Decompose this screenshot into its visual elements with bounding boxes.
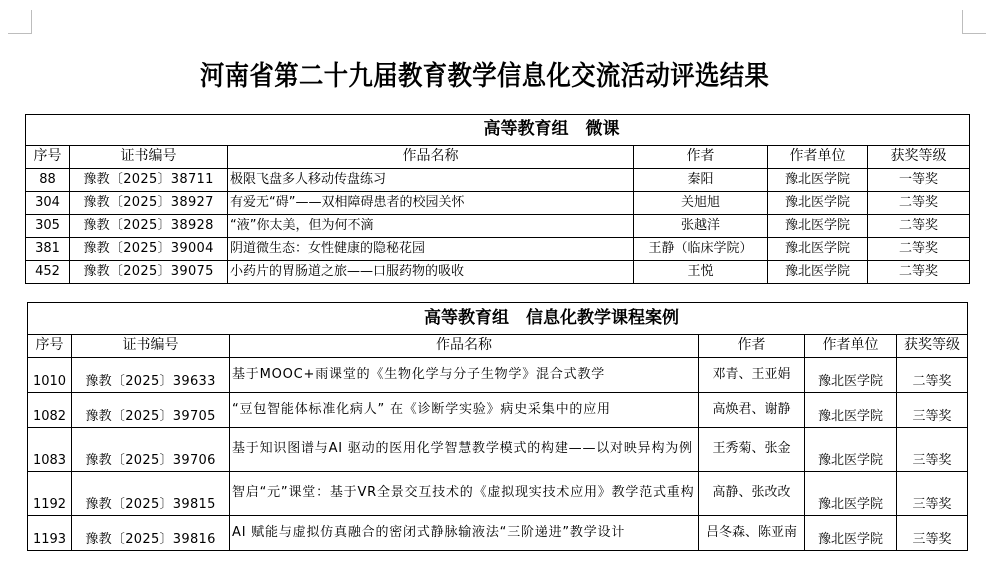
cell-cert: 豫教〔2025〕38928	[70, 215, 228, 238]
cell-no: 304	[26, 192, 70, 215]
table-row: 381 豫教〔2025〕39004 阴道微生态：女性健康的隐秘花园 王静（临床学…	[26, 238, 970, 261]
cell-award: 二等奖	[868, 215, 970, 238]
cell-award: 三等奖	[897, 428, 968, 472]
cell-unit: 豫北医学院	[768, 238, 868, 261]
column-header-no: 序号	[26, 146, 70, 169]
cell-unit: 豫北医学院	[768, 169, 868, 192]
cell-author: 王悦	[634, 261, 768, 284]
cell-unit: 豫北医学院	[805, 358, 897, 393]
page-corner-mark-top-right	[962, 10, 986, 34]
results-table-course-case: 高等教育组 信息化教学课程案例 序号 证书编号 作品名称 作者 作者单位 获奖等…	[27, 302, 968, 551]
cell-author: 邓青、王亚娟	[699, 358, 805, 393]
cell-cert: 豫教〔2025〕39633	[72, 358, 230, 393]
cell-work: 有爱无“碍”——双相障碍患者的校园关怀	[228, 192, 634, 215]
table-row: 304 豫教〔2025〕38927 有爱无“碍”——双相障碍患者的校园关怀 关旭…	[26, 192, 970, 215]
cell-cert: 豫教〔2025〕39706	[72, 428, 230, 472]
cell-author: 王秀菊、张金	[699, 428, 805, 472]
cell-unit: 豫北医学院	[768, 261, 868, 284]
cell-author: 张越洋	[634, 215, 768, 238]
column-header-author: 作者	[634, 146, 768, 169]
cell-no: 88	[26, 169, 70, 192]
cell-no: 1082	[28, 393, 72, 428]
cell-work: 小药片的胃肠道之旅——口服药物的吸收	[228, 261, 634, 284]
cell-unit: 豫北医学院	[768, 192, 868, 215]
cell-unit: 豫北医学院	[805, 428, 897, 472]
cell-work: “液”你太美，但为何不滴	[228, 215, 634, 238]
cell-work: 基于知识图谱与AI 驱动的医用化学智慧教学模式的构建——以对映异构为例	[230, 428, 699, 472]
cell-work: “豆包智能体标准化病人” 在《诊断学实验》病史采集中的应用	[230, 393, 699, 428]
column-header-cert: 证书编号	[70, 146, 228, 169]
column-header-unit: 作者单位	[805, 335, 897, 358]
column-header-work: 作品名称	[228, 146, 634, 169]
table-row: 452 豫教〔2025〕39075 小药片的胃肠道之旅——口服药物的吸收 王悦 …	[26, 261, 970, 284]
cell-award: 三等奖	[897, 393, 968, 428]
cell-no: 381	[26, 238, 70, 261]
column-header-award: 获奖等级	[868, 146, 970, 169]
cell-cert: 豫教〔2025〕39815	[72, 472, 230, 516]
cell-unit: 豫北医学院	[768, 215, 868, 238]
cell-author: 高静、张改改	[699, 472, 805, 516]
cell-cert: 豫教〔2025〕39816	[72, 516, 230, 551]
cell-no: 452	[26, 261, 70, 284]
cell-award: 二等奖	[897, 358, 968, 393]
cell-no: 1083	[28, 428, 72, 472]
cell-work: 极限飞盘多人移动传盘练习	[228, 169, 634, 192]
document-title: 河南省第二十九届教育教学信息化交流活动评选结果	[200, 54, 830, 93]
cell-work: AI 赋能与虚拟仿真融合的密闭式静脉输液法“三阶递进”教学设计	[230, 516, 699, 551]
table-row: 305 豫教〔2025〕38928 “液”你太美，但为何不滴 张越洋 豫北医学院…	[26, 215, 970, 238]
cell-work: 智启“元”课堂：基于VR全景交互技术的《虚拟现实技术应用》教学范式重构	[230, 472, 699, 516]
cell-cert: 豫教〔2025〕39705	[72, 393, 230, 428]
table-row: 1010 豫教〔2025〕39633 基于MOOC+雨课堂的《生物化学与分子生物…	[28, 358, 968, 393]
section-title: 高等教育组 信息化教学课程案例	[28, 303, 968, 335]
results-table-micro-course: 高等教育组 微课 序号 证书编号 作品名称 作者 作者单位 获奖等级 88 豫教…	[25, 114, 970, 284]
table-header-row: 序号 证书编号 作品名称 作者 作者单位 获奖等级	[26, 146, 970, 169]
column-header-work: 作品名称	[230, 335, 699, 358]
table-row: 1192 豫教〔2025〕39815 智启“元”课堂：基于VR全景交互技术的《虚…	[28, 472, 968, 516]
table-row: 1082 豫教〔2025〕39705 “豆包智能体标准化病人” 在《诊断学实验》…	[28, 393, 968, 428]
cell-author: 关旭旭	[634, 192, 768, 215]
cell-no: 1192	[28, 472, 72, 516]
cell-award: 二等奖	[868, 238, 970, 261]
cell-cert: 豫教〔2025〕39075	[70, 261, 228, 284]
cell-no: 1010	[28, 358, 72, 393]
page-corner-mark-top-left	[8, 10, 32, 34]
cell-author: 王静（临床学院）	[634, 238, 768, 261]
cell-author: 秦阳	[634, 169, 768, 192]
cell-unit: 豫北医学院	[805, 516, 897, 551]
table-row: 1193 豫教〔2025〕39816 AI 赋能与虚拟仿真融合的密闭式静脉输液法…	[28, 516, 968, 551]
table-header-row: 序号 证书编号 作品名称 作者 作者单位 获奖等级	[28, 335, 968, 358]
column-header-author: 作者	[699, 335, 805, 358]
cell-cert: 豫教〔2025〕39004	[70, 238, 228, 261]
column-header-cert: 证书编号	[72, 335, 230, 358]
table-row: 1083 豫教〔2025〕39706 基于知识图谱与AI 驱动的医用化学智慧教学…	[28, 428, 968, 472]
cell-work: 基于MOOC+雨课堂的《生物化学与分子生物学》混合式教学	[230, 358, 699, 393]
cell-award: 三等奖	[897, 472, 968, 516]
cell-no: 1193	[28, 516, 72, 551]
cell-unit: 豫北医学院	[805, 393, 897, 428]
cell-award: 二等奖	[868, 192, 970, 215]
cell-author: 吕冬森、陈亚南	[699, 516, 805, 551]
cell-award: 一等奖	[868, 169, 970, 192]
cell-work: 阴道微生态：女性健康的隐秘花园	[228, 238, 634, 261]
cell-cert: 豫教〔2025〕38711	[70, 169, 228, 192]
cell-award: 三等奖	[897, 516, 968, 551]
cell-no: 305	[26, 215, 70, 238]
table-row: 88 豫教〔2025〕38711 极限飞盘多人移动传盘练习 秦阳 豫北医学院 一…	[26, 169, 970, 192]
column-header-unit: 作者单位	[768, 146, 868, 169]
column-header-no: 序号	[28, 335, 72, 358]
cell-cert: 豫教〔2025〕38927	[70, 192, 228, 215]
section-title: 高等教育组 微课	[26, 115, 970, 146]
cell-unit: 豫北医学院	[805, 472, 897, 516]
column-header-award: 获奖等级	[897, 335, 968, 358]
cell-author: 高焕君、谢静	[699, 393, 805, 428]
cell-award: 二等奖	[868, 261, 970, 284]
